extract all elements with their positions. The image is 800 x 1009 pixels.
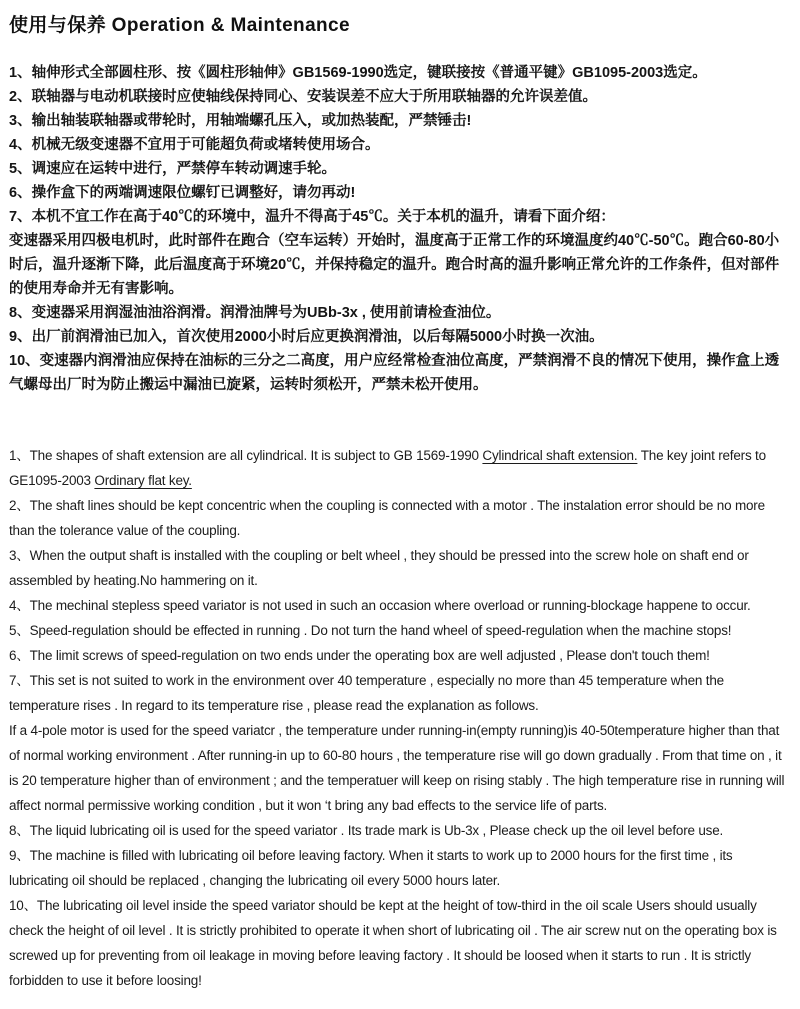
page-title: 使用与保养 Operation & Maintenance (9, 10, 790, 37)
en-item-1-text: 1、The shapes of shaft extension are all … (9, 448, 482, 463)
chinese-section: 1、轴伸形式全部圆柱形、按《圆柱形轴伸》GB1569-1990选定，键联接按《普… (9, 61, 790, 397)
en-item-3: 3、When the output shaft is installed wit… (9, 543, 790, 593)
cn-item-10: 10、变速器内润滑油应保持在油标的三分之二高度，用户应经常检查油位高度，严禁润滑… (9, 349, 790, 397)
en-item-9: 9、The machine is filled with lubricating… (9, 843, 790, 893)
cn-item-9: 9、出厂前润滑油已加入，首次使用2000小时后应更换润滑油，以后每隔5000小时… (9, 325, 790, 349)
cn-item-1: 1、轴伸形式全部圆柱形、按《圆柱形轴伸》GB1569-1990选定，键联接按《普… (9, 61, 790, 85)
cn-item-3: 3、输出轴装联轴器或带轮时，用轴端螺孔压入，或加热装配，严禁锤击! (9, 109, 790, 133)
en-item-5: 5、Speed-regulation should be effected in… (9, 618, 790, 643)
english-section: 1、The shapes of shaft extension are all … (9, 443, 790, 993)
cn-item-8: 8、变速器采用润湿油油浴润滑。润滑油牌号为UBb-3x , 使用前请检查油位。 (9, 301, 790, 325)
cn-item-5: 5、调速应在运转中进行，严禁停车转动调速手轮。 (9, 157, 790, 181)
en-item-1-underlined-flat-key: Ordinary flat key. (94, 473, 191, 488)
document-page: 使用与保养 Operation & Maintenance 1、轴伸形式全部圆柱… (0, 0, 800, 1009)
en-item-2: 2、The shaft lines should be kept concent… (9, 493, 790, 543)
cn-item-7-explanation: 变速器采用四极电机时，此时部件在跑合（空车运转）开始时，温度高于正常工作的环境温… (9, 229, 790, 301)
en-item-8: 8、The liquid lubricating oil is used for… (9, 818, 790, 843)
en-item-1: 1、The shapes of shaft extension are all … (9, 443, 790, 493)
en-item-7: 7、This set is not suited to work in the … (9, 668, 790, 718)
en-item-1-underlined-cylindrical: Cylindrical shaft extension. (482, 448, 637, 463)
cn-item-4: 4、机械无级变速器不宜用于可能超负荷或堵转使用场合。 (9, 133, 790, 157)
cn-item-7: 7、本机不宜工作在高于40℃的环境中，温升不得高于45℃。关于本机的温升，请看下… (9, 205, 790, 229)
en-item-4: 4、The mechinal stepless speed variator i… (9, 593, 790, 618)
en-item-6: 6、The limit screws of speed-regulation o… (9, 643, 790, 668)
cn-item-2: 2、联轴器与电动机联接时应使轴线保持同心、安装误差不应大于所用联轴器的允许误差值… (9, 85, 790, 109)
en-item-7-explanation: If a 4-pole motor is used for the speed … (9, 718, 790, 818)
cn-item-6: 6、操作盒下的两端调速限位螺钉已调整好，请勿再动! (9, 181, 790, 205)
en-item-10: 10、The lubricating oil level inside the … (9, 893, 790, 993)
